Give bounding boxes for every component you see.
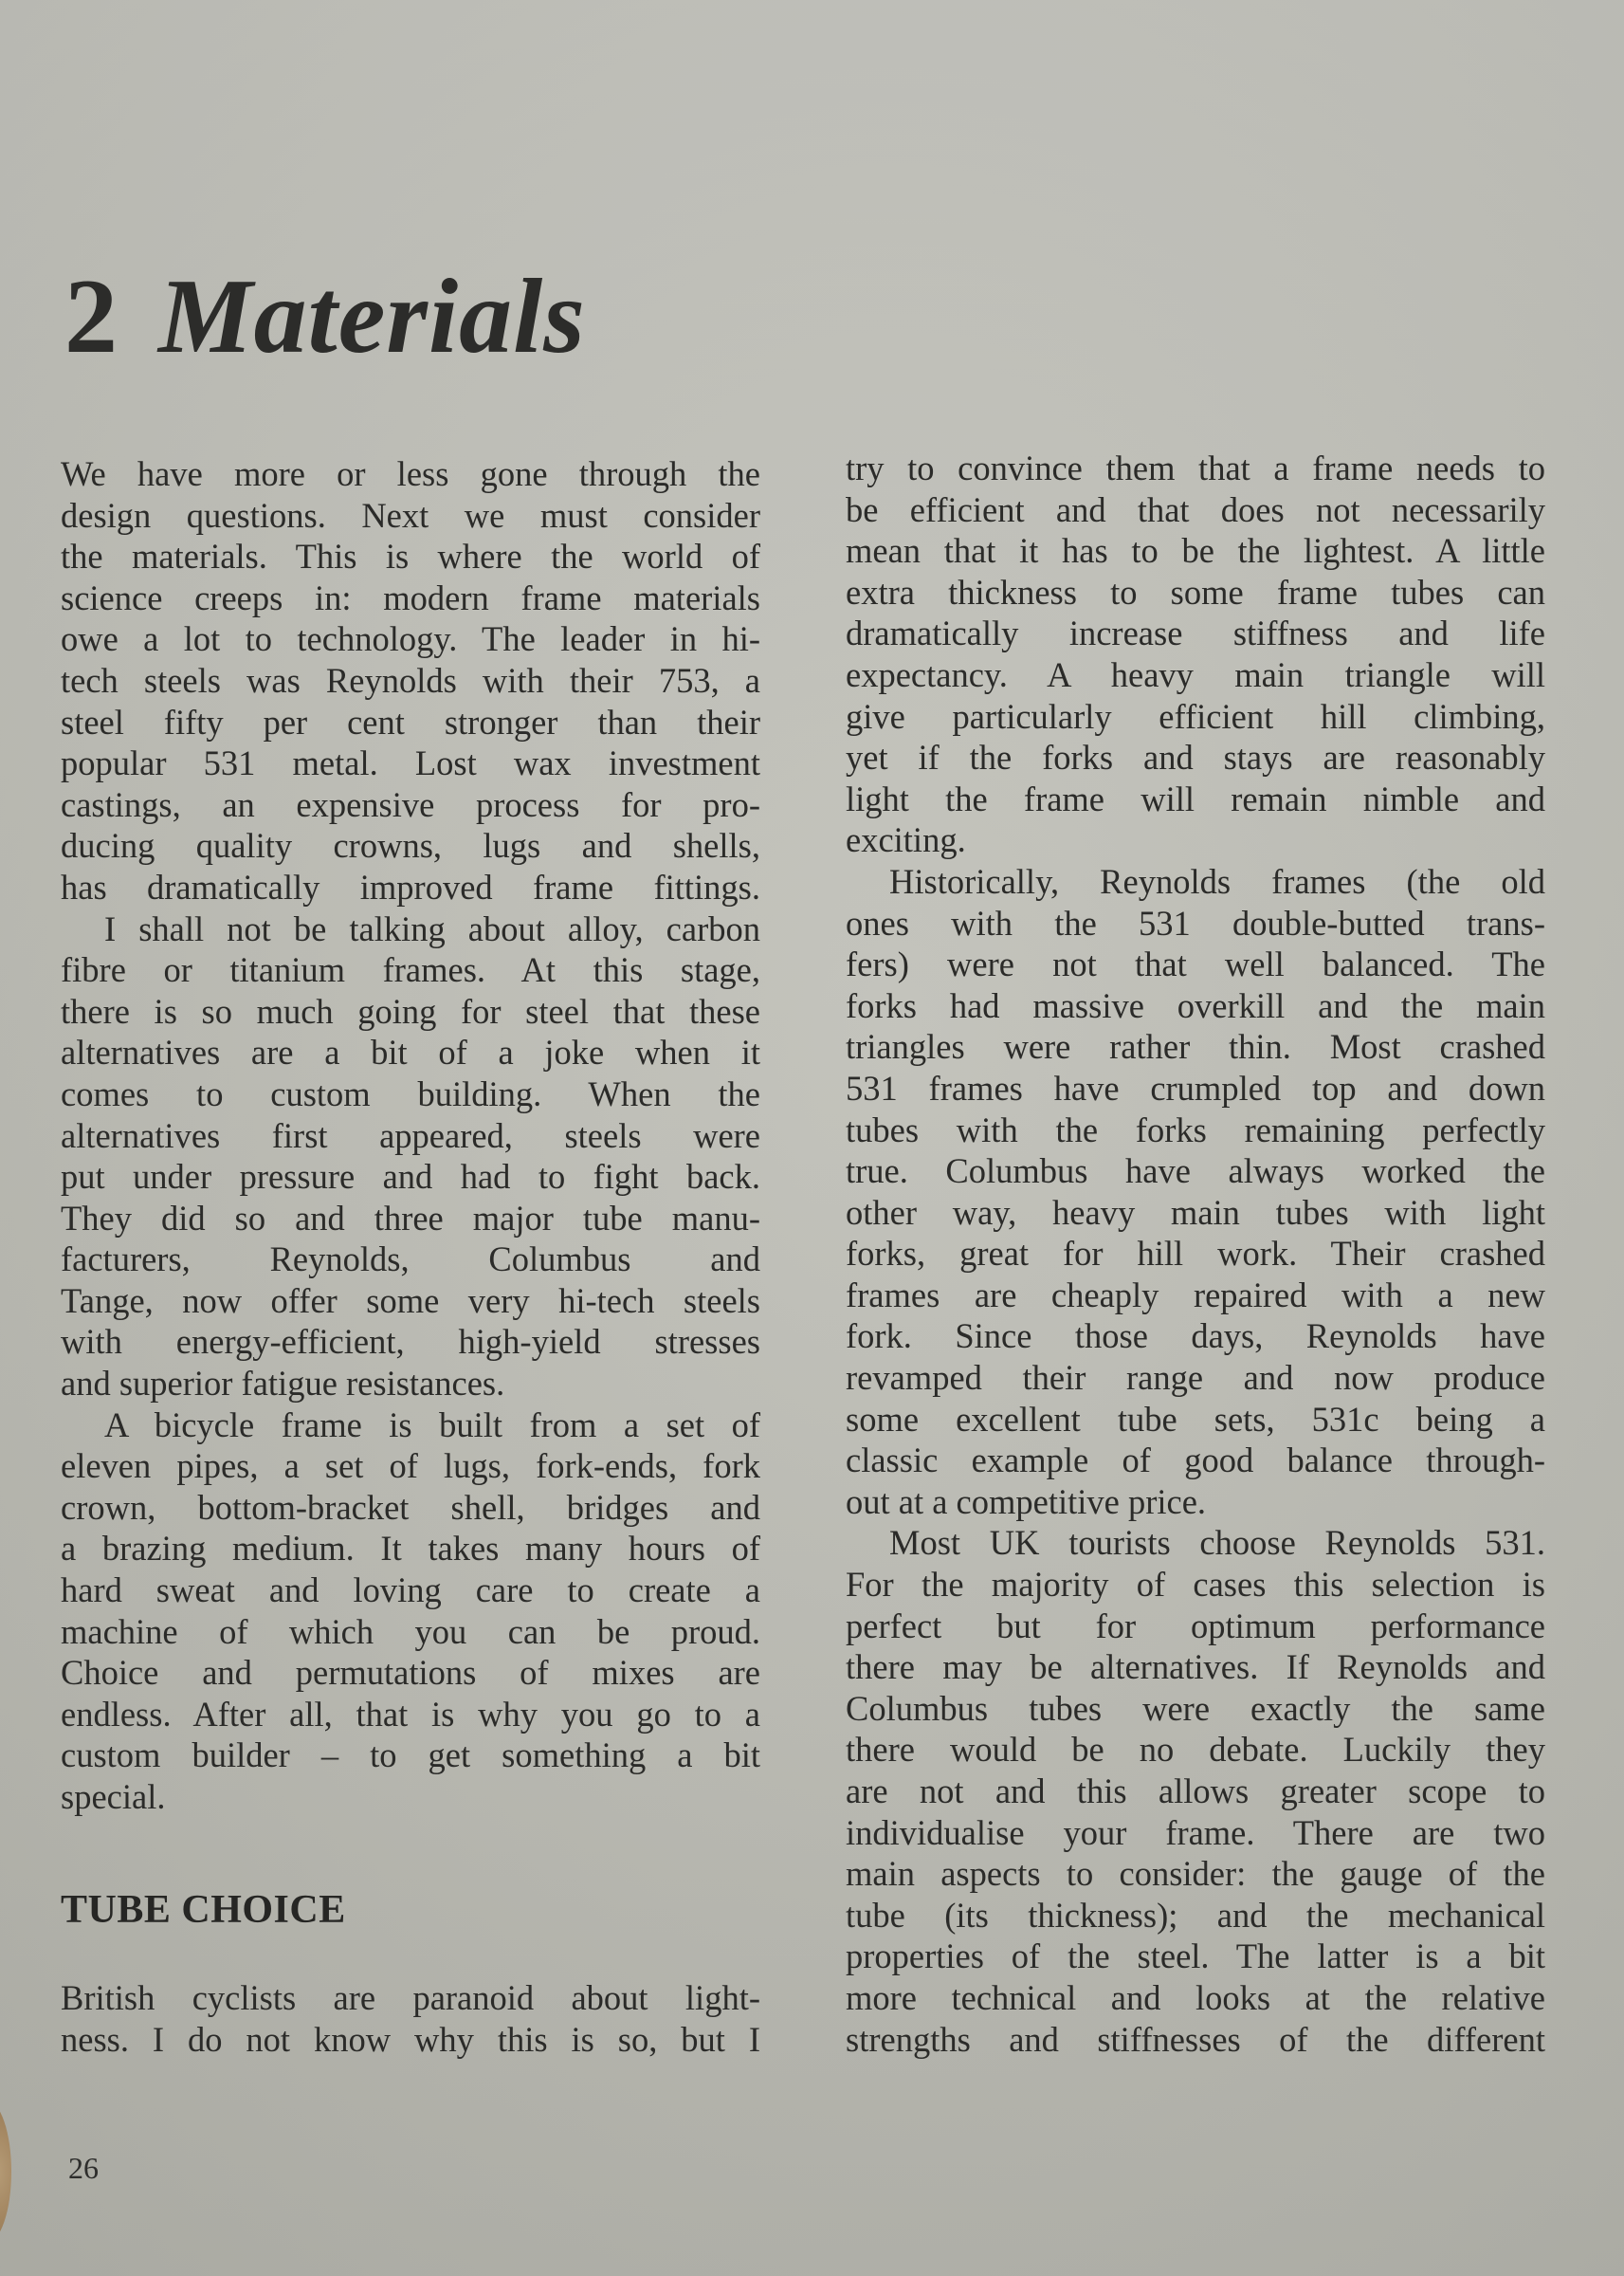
text-line: true. Columbus have always worked the xyxy=(846,1150,1545,1192)
right-column: try to convince them that a frame needs … xyxy=(846,448,1545,2060)
text-line: other way, heavy main tubes with light xyxy=(846,1192,1545,1234)
text-line: machine of which you can be proud. xyxy=(61,1611,760,1653)
text-line: mean that it has to be the lightest. A l… xyxy=(846,530,1545,572)
text-line: perfect but for optimum performance xyxy=(846,1606,1545,1647)
text-line: Choice and permutations of mixes are xyxy=(61,1652,760,1694)
text-line: give particularly efficient hill climbin… xyxy=(846,696,1545,738)
text-line: facturers, Reynolds, Columbus and xyxy=(61,1239,760,1280)
text-line: be efficient and that does not necessari… xyxy=(846,489,1545,531)
text-line: comes to custom building. When the xyxy=(61,1074,760,1115)
text-line: 531 frames have crumpled top and down xyxy=(846,1068,1545,1110)
paragraph-bicycle-frame: A bicycle frame is built from a set of e… xyxy=(61,1404,760,1818)
chapter-title: 2Materials xyxy=(64,256,586,378)
text-line: crown, bottom-bracket shell, bridges and xyxy=(61,1487,760,1529)
text-line: are not and this allows greater scope to xyxy=(846,1771,1545,1812)
text-line: has dramatically improved frame fittings… xyxy=(61,867,760,909)
text-line: fork. Since those days, Reynolds have xyxy=(846,1315,1545,1357)
paragraph-uk-tourists: Most UK tourists choose Reynolds 531. Fo… xyxy=(846,1522,1545,2060)
text-line: revamped their range and now produce xyxy=(846,1357,1545,1399)
text-line: light the frame will remain nimble and xyxy=(846,779,1545,820)
text-line: forks had massive overkill and the main xyxy=(846,985,1545,1027)
text-line: owe a lot to technology. The leader in h… xyxy=(61,618,760,660)
text-line: expectancy. A heavy main triangle will xyxy=(846,654,1545,696)
text-line: custom builder – to get something a bit xyxy=(61,1735,760,1776)
text-line: there would be no debate. Luckily they xyxy=(846,1729,1545,1771)
text-line: endless. After all, that is why you go t… xyxy=(61,1694,760,1735)
section-heading-tube-choice: TUBE CHOICE xyxy=(61,1887,346,1933)
text-line: tech steels was Reynolds with their 753,… xyxy=(61,660,760,702)
chapter-number: 2 xyxy=(64,258,119,376)
text-line: classic example of good balance through- xyxy=(846,1440,1545,1481)
text-line: eleven pipes, a set of lugs, fork-ends, … xyxy=(61,1445,760,1487)
paragraph-alloy: I shall not be talking about alloy, carb… xyxy=(61,909,760,1404)
text-line: more technical and looks at the relative xyxy=(846,1977,1545,2019)
text-line: We have more or less gone through the xyxy=(61,453,760,495)
paragraph-intro: We have more or less gone through the de… xyxy=(61,453,760,909)
page-number: 26 xyxy=(68,2151,99,2186)
text-line: some excellent tube sets, 531c being a xyxy=(846,1399,1545,1441)
text-line: ones with the 531 double-butted trans- xyxy=(846,903,1545,945)
text-line: A bicycle frame is built from a set of xyxy=(61,1404,760,1446)
text-line: ness. I do not know why this is so, but … xyxy=(61,2019,760,2061)
text-line: dramatically increase stiffness and life xyxy=(846,613,1545,654)
text-line: science creeps in: modern frame material… xyxy=(61,578,760,619)
text-line: fibre or titanium frames. At this stage, xyxy=(61,949,760,991)
text-line: alternatives first appeared, steels were xyxy=(61,1115,760,1157)
text-line: frames are cheaply repaired with a new xyxy=(846,1275,1545,1316)
paragraph-historically: Historically, Reynolds frames (the old o… xyxy=(846,861,1545,1523)
chapter-name: Materials xyxy=(158,258,586,376)
text-line: main aspects to consider: the gauge of t… xyxy=(846,1853,1545,1895)
thumb-at-page-edge xyxy=(0,2101,11,2243)
text-line: special. xyxy=(61,1776,760,1818)
text-line: a brazing medium. It takes many hours of xyxy=(61,1528,760,1569)
text-line: British cyclists are paranoid about ligh… xyxy=(61,1977,760,2019)
text-line: For the majority of cases this selection… xyxy=(846,1564,1545,1606)
text-line: exciting. xyxy=(846,819,1545,861)
text-line: design questions. Next we must consider xyxy=(61,495,760,537)
text-line: try to convince them that a frame needs … xyxy=(846,448,1545,489)
text-line: there is so much going for steel that th… xyxy=(61,991,760,1033)
text-line: Historically, Reynolds frames (the old xyxy=(846,861,1545,903)
text-line: hard sweat and loving care to create a xyxy=(61,1569,760,1611)
paragraph-continued: try to convince them that a frame needs … xyxy=(846,448,1545,861)
paragraph-tube-choice: British cyclists are paranoid about ligh… xyxy=(61,1977,760,2060)
text-line: castings, an expensive process for pro- xyxy=(61,784,760,826)
text-line: alternatives are a bit of a joke when it xyxy=(61,1032,760,1074)
text-line: out at a competitive price. xyxy=(846,1481,1545,1523)
text-line: I shall not be talking about alloy, carb… xyxy=(61,909,760,950)
text-line: extra thickness to some frame tubes can xyxy=(846,572,1545,614)
text-line: individualise your frame. There are two xyxy=(846,1812,1545,1854)
text-line: strengths and stiffnesses of the differe… xyxy=(846,2019,1545,2061)
text-line: and superior fatigue resistances. xyxy=(61,1363,760,1404)
text-line: Most UK tourists choose Reynolds 531. xyxy=(846,1522,1545,1564)
text-line: They did so and three major tube manu- xyxy=(61,1198,760,1239)
text-line: with energy-efficient, high-yield stress… xyxy=(61,1321,760,1363)
text-line: ducing quality crowns, lugs and shells, xyxy=(61,825,760,867)
left-column: We have more or less gone through the de… xyxy=(61,453,760,1818)
text-line: popular 531 metal. Lost wax investment xyxy=(61,743,760,784)
text-line: forks, great for hill work. Their crashe… xyxy=(846,1233,1545,1275)
text-line: put under pressure and had to fight back… xyxy=(61,1156,760,1198)
text-line: properties of the steel. The latter is a… xyxy=(846,1936,1545,1977)
text-line: the materials. This is where the world o… xyxy=(61,536,760,578)
text-line: fers) were not that well balanced. The xyxy=(846,944,1545,985)
text-line: tube (its thickness); and the mechanical xyxy=(846,1895,1545,1936)
text-line: triangles were rather thin. Most crashed xyxy=(846,1026,1545,1068)
text-line: yet if the forks and stays are reasonabl… xyxy=(846,737,1545,779)
text-line: there may be alternatives. If Reynolds a… xyxy=(846,1646,1545,1688)
text-line: Columbus tubes were exactly the same xyxy=(846,1688,1545,1730)
text-line: steel fifty per cent stronger than their xyxy=(61,702,760,743)
text-line: tubes with the forks remaining perfectly xyxy=(846,1110,1545,1151)
text-line: Tange, now offer some very hi-tech steel… xyxy=(61,1280,760,1322)
